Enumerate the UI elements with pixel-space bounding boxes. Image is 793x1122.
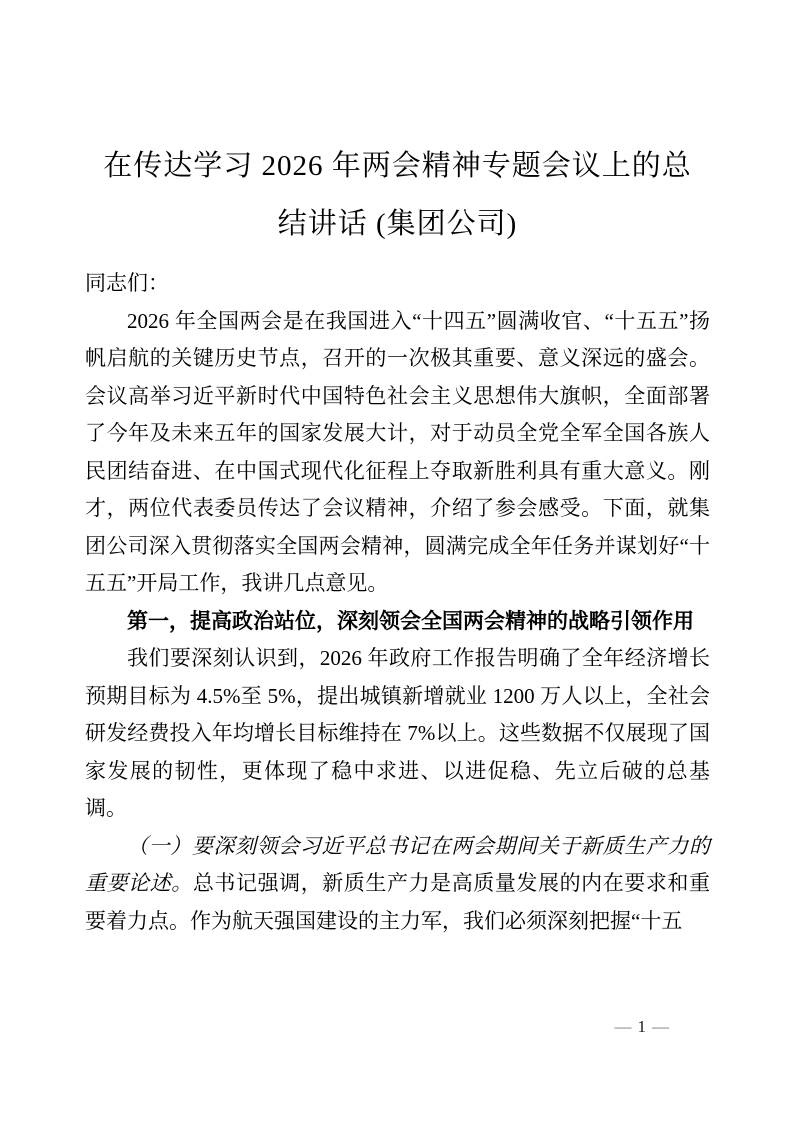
page-number: —1— [609,1016,676,1038]
paragraph-section1: 我们要深刻认识到，2026 年政府工作报告明确了全年经济增长预期目标为 4.5%… [85,640,710,828]
section-heading-1: 第一，提高政治站位，深刻领会全国两会精神的战略引领作用 [85,603,710,641]
page-number-value: 1 [638,1017,647,1036]
document-page: 在传达学习 2026 年两会精神专题会议上的总 结讲话 (集团公司) 同志们： … [0,0,793,1122]
page-number-left-dash: — [609,1017,638,1036]
document-title-line-2: 结讲话 (集团公司) [85,195,710,253]
page-number-right-dash: — [646,1017,675,1036]
salutation: 同志们： [85,265,710,303]
document-title-line-1: 在传达学习 2026 年两会精神专题会议上的总 [85,137,710,195]
paragraph-intro: 2026 年全国两会是在我国进入“十四五”圆满收官、“十五五”扬帆启航的关键历史… [85,303,710,603]
paragraph-item-1: （一）要深刻领会习近平总书记在两会期间关于新质生产力的重要论述。总书记强调，新质… [85,828,710,941]
document-title: 在传达学习 2026 年两会精神专题会议上的总 结讲话 (集团公司) [85,137,710,253]
document-body: 同志们： 2026 年全国两会是在我国进入“十四五”圆满收官、“十五五”扬帆启航… [85,265,710,940]
